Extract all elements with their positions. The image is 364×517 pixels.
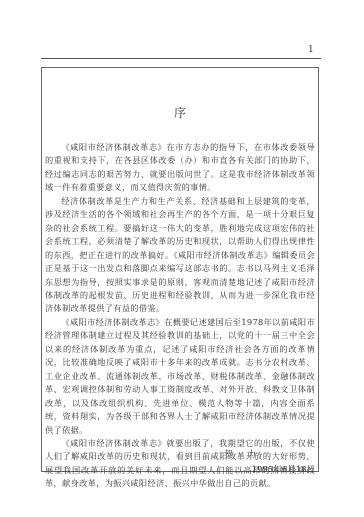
header-rule	[41, 58, 321, 59]
page-number: 1	[308, 45, 314, 55]
page-title: 序	[42, 104, 318, 121]
preface-body: 《咸阳市经济体制改革志》在市方志办的指导下，在市体改委领导的重视和支持下，在各县…	[45, 141, 315, 491]
paragraph: 《咸阳市经济体制改革志》在概要记述建国后至1978年以前咸阳市经济管理体制建立过…	[45, 316, 315, 437]
preface-frame: 序 《咸阳市经济体制改革志》在市方志办的指导下，在市体改委领导的重视和支持下，在…	[41, 67, 319, 472]
author-signature: 贺 力	[224, 448, 262, 460]
signature-date: 1995年6月18日	[252, 463, 315, 475]
paragraph: 《咸阳市经济体制改革志》在市方志办的指导下，在市体改委领导的重视和支持下，在各县…	[45, 141, 315, 195]
paragraph: 经济体制改革是生产力和生产关系、经济基础和上层建筑的变革，涉及经济生活的各个领域…	[45, 195, 315, 316]
